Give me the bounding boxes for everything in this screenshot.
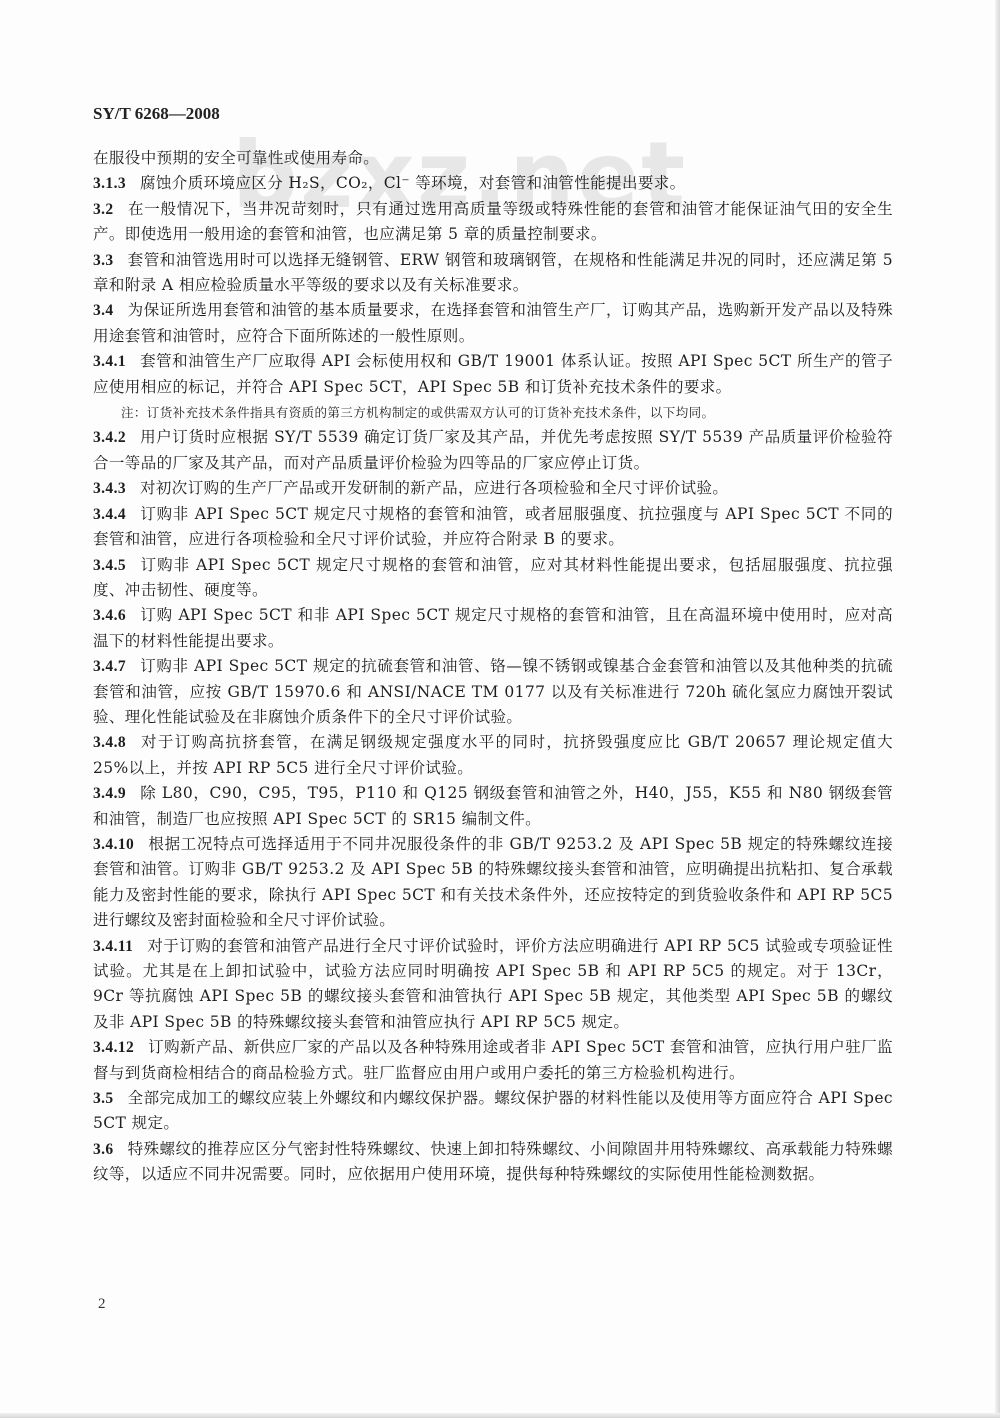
clause-number: 3.4.1 — [93, 353, 126, 370]
clause-text: 根据工况特点可选择适用于不同井况服役条件的非 GB/T 9253.2 及 API… — [93, 835, 893, 929]
document-code-header: SY/T 6268—2008 — [93, 104, 220, 124]
clause-text: 用户订货时应根据 SY/T 5539 确定订货厂家及其产品，并优先考虑按照 SY… — [93, 428, 893, 471]
clause-text: 对初次订购的生产厂产品或开发研制的新产品，应进行各项检验和全尺寸评价试验。 — [140, 479, 728, 497]
clause-number: 3.4.12 — [93, 1039, 134, 1056]
clause-3-4-8: 3.4.8对于订购高抗挤套管，在满足钢级规定强度水平的同时，抗挤毁强度应比 GB… — [93, 730, 893, 781]
page-bottom-shadow — [0, 1413, 1000, 1418]
clause-text: 订购非 API Spec 5CT 规定尺寸规格的套管和油管，应对其材料性能提出要… — [93, 556, 893, 599]
clause-number: 3.1.3 — [93, 175, 126, 192]
clause-number: 3.4.11 — [93, 938, 133, 955]
clause-number: 3.4.10 — [93, 836, 134, 853]
clause-number: 3.4.9 — [93, 785, 126, 802]
clause-number: 3.3 — [93, 252, 114, 269]
clause-3-4-1: 3.4.1套管和油管生产厂应取得 API 会标使用权和 GB/T 19001 体… — [93, 349, 893, 400]
clause-text: 在一般情况下，当井况苛刻时，只有通过选用高质量等级或特殊性能的套管和油管才能保证… — [93, 200, 893, 243]
clause-3-4-5: 3.4.5订购非 API Spec 5CT 规定尺寸规格的套管和油管，应对其材料… — [93, 553, 893, 604]
clause-3-4-2: 3.4.2用户订货时应根据 SY/T 5539 确定订货厂家及其产品，并优先考虑… — [93, 425, 893, 476]
clause-text: 特殊螺纹的推荐应区分气密封性特殊螺纹、快速上卸扣特殊螺纹、小间隙固井用特殊螺纹、… — [93, 1140, 893, 1183]
clause-3-4-9: 3.4.9除 L80，C90，C95，T95，P110 和 Q125 钢级套管和… — [93, 781, 893, 832]
clause-number: 3.4.5 — [93, 557, 126, 574]
clause-text: 订购非 API Spec 5CT 规定尺寸规格的套管和油管，或者屈服强度、抗拉强… — [93, 505, 893, 548]
clause-3-4-10: 3.4.10根据工况特点可选择适用于不同井况服役条件的非 GB/T 9253.2… — [93, 832, 893, 934]
clause-3-4-12: 3.4.12订购新产品、新供应厂家的产品以及各种特殊用途或者非 API Spec… — [93, 1035, 893, 1086]
clause-text: 全部完成加工的螺纹应装上外螺纹和内螺纹保护器。螺纹保护器的材料性能以及使用等方面… — [93, 1089, 893, 1132]
clause-3-5: 3.5全部完成加工的螺纹应装上外螺纹和内螺纹保护器。螺纹保护器的材料性能以及使用… — [93, 1086, 893, 1137]
clause-number: 3.4.2 — [93, 429, 126, 446]
clause-text: 对于订购高抗挤套管，在满足钢级规定强度水平的同时，抗挤毁强度应比 GB/T 20… — [93, 733, 893, 776]
clause-3-4-6: 3.4.6订购 API Spec 5CT 和非 API Spec 5CT 规定尺… — [93, 603, 893, 654]
clause-number: 3.2 — [93, 201, 114, 218]
clause-3-4-7: 3.4.7订购非 API Spec 5CT 规定的抗硫套管和油管、铬—镍不锈钢或… — [93, 654, 893, 730]
clause-3-2: 3.2在一般情况下，当井况苛刻时，只有通过选用高质量等级或特殊性能的套管和油管才… — [93, 197, 893, 248]
note: 注：订货补充技术条件指具有资质的第三方机构制定的或供需双方认可的订货补充技术条件… — [93, 400, 893, 425]
clause-number: 3.5 — [93, 1090, 114, 1107]
clause-3-3: 3.3套管和油管选用时可以选择无缝钢管、ERW 钢管和玻璃钢管，在规格和性能满足… — [93, 248, 893, 299]
paragraph-text: 在服役中预期的安全可靠性或使用寿命。 — [93, 149, 379, 167]
clause-text: 套管和油管生产厂应取得 API 会标使用权和 GB/T 19001 体系认证。按… — [93, 352, 893, 395]
clause-text: 为保证所选用套管和油管的基本质量要求，在选择套管和油管生产厂，订购其产品，选购新… — [93, 301, 893, 344]
clause-text: 除 L80，C90，C95，T95，P110 和 Q125 钢级套管和油管之外，… — [93, 784, 893, 827]
document-body: 在服役中预期的安全可靠性或使用寿命。 3.1.3腐蚀介质环境应区分 H₂S，CO… — [93, 146, 893, 1188]
clause-3-4: 3.4为保证所选用套管和油管的基本质量要求，在选择套管和油管生产厂，订购其产品，… — [93, 298, 893, 349]
clause-number: 3.4.4 — [93, 506, 126, 523]
clause-3-1-3: 3.1.3腐蚀介质环境应区分 H₂S，CO₂，Cl⁻ 等环境，对套管和油管性能提… — [93, 171, 893, 196]
page-number: 2 — [98, 1296, 106, 1313]
clause-number: 3.6 — [93, 1141, 114, 1158]
clause-text: 订购新产品、新供应厂家的产品以及各种特殊用途或者非 API Spec 5CT 套… — [93, 1038, 893, 1081]
clause-text: 套管和油管选用时可以选择无缝钢管、ERW 钢管和玻璃钢管，在规格和性能满足井况的… — [93, 251, 893, 294]
clause-3-4-3: 3.4.3对初次订购的生产厂产品或开发研制的新产品，应进行各项检验和全尺寸评价试… — [93, 476, 893, 501]
clause-text: 腐蚀介质环境应区分 H₂S，CO₂，Cl⁻ 等环境，对套管和油管性能提出要求。 — [140, 174, 686, 192]
paragraph-continuation: 在服役中预期的安全可靠性或使用寿命。 — [93, 146, 893, 171]
clause-3-4-11: 3.4.11对于订购的套管和油管产品进行全尺寸评价试验时，评价方法应明确进行 A… — [93, 934, 893, 1036]
clause-3-6: 3.6特殊螺纹的推荐应区分气密封性特殊螺纹、快速上卸扣特殊螺纹、小间隙固井用特殊… — [93, 1137, 893, 1188]
clause-number: 3.4.6 — [93, 607, 126, 624]
clause-number: 3.4.7 — [93, 658, 126, 675]
clause-number: 3.4.3 — [93, 480, 126, 497]
page-edge-shadow — [995, 0, 1000, 1418]
clause-number: 3.4.8 — [93, 734, 126, 751]
clause-text: 对于订购的套管和油管产品进行全尺寸评价试验时，评价方法应明确进行 API RP … — [93, 937, 893, 1031]
note-text: 注：订货补充技术条件指具有资质的第三方机构制定的或供需双方认可的订货补充技术条件… — [121, 405, 714, 420]
clause-3-4-4: 3.4.4订购非 API Spec 5CT 规定尺寸规格的套管和油管，或者屈服强… — [93, 502, 893, 553]
clause-text: 订购非 API Spec 5CT 规定的抗硫套管和油管、铬—镍不锈钢或镍基合金套… — [93, 657, 893, 726]
clause-text: 订购 API Spec 5CT 和非 API Spec 5CT 规定尺寸规格的套… — [93, 606, 893, 649]
clause-number: 3.4 — [93, 302, 114, 319]
